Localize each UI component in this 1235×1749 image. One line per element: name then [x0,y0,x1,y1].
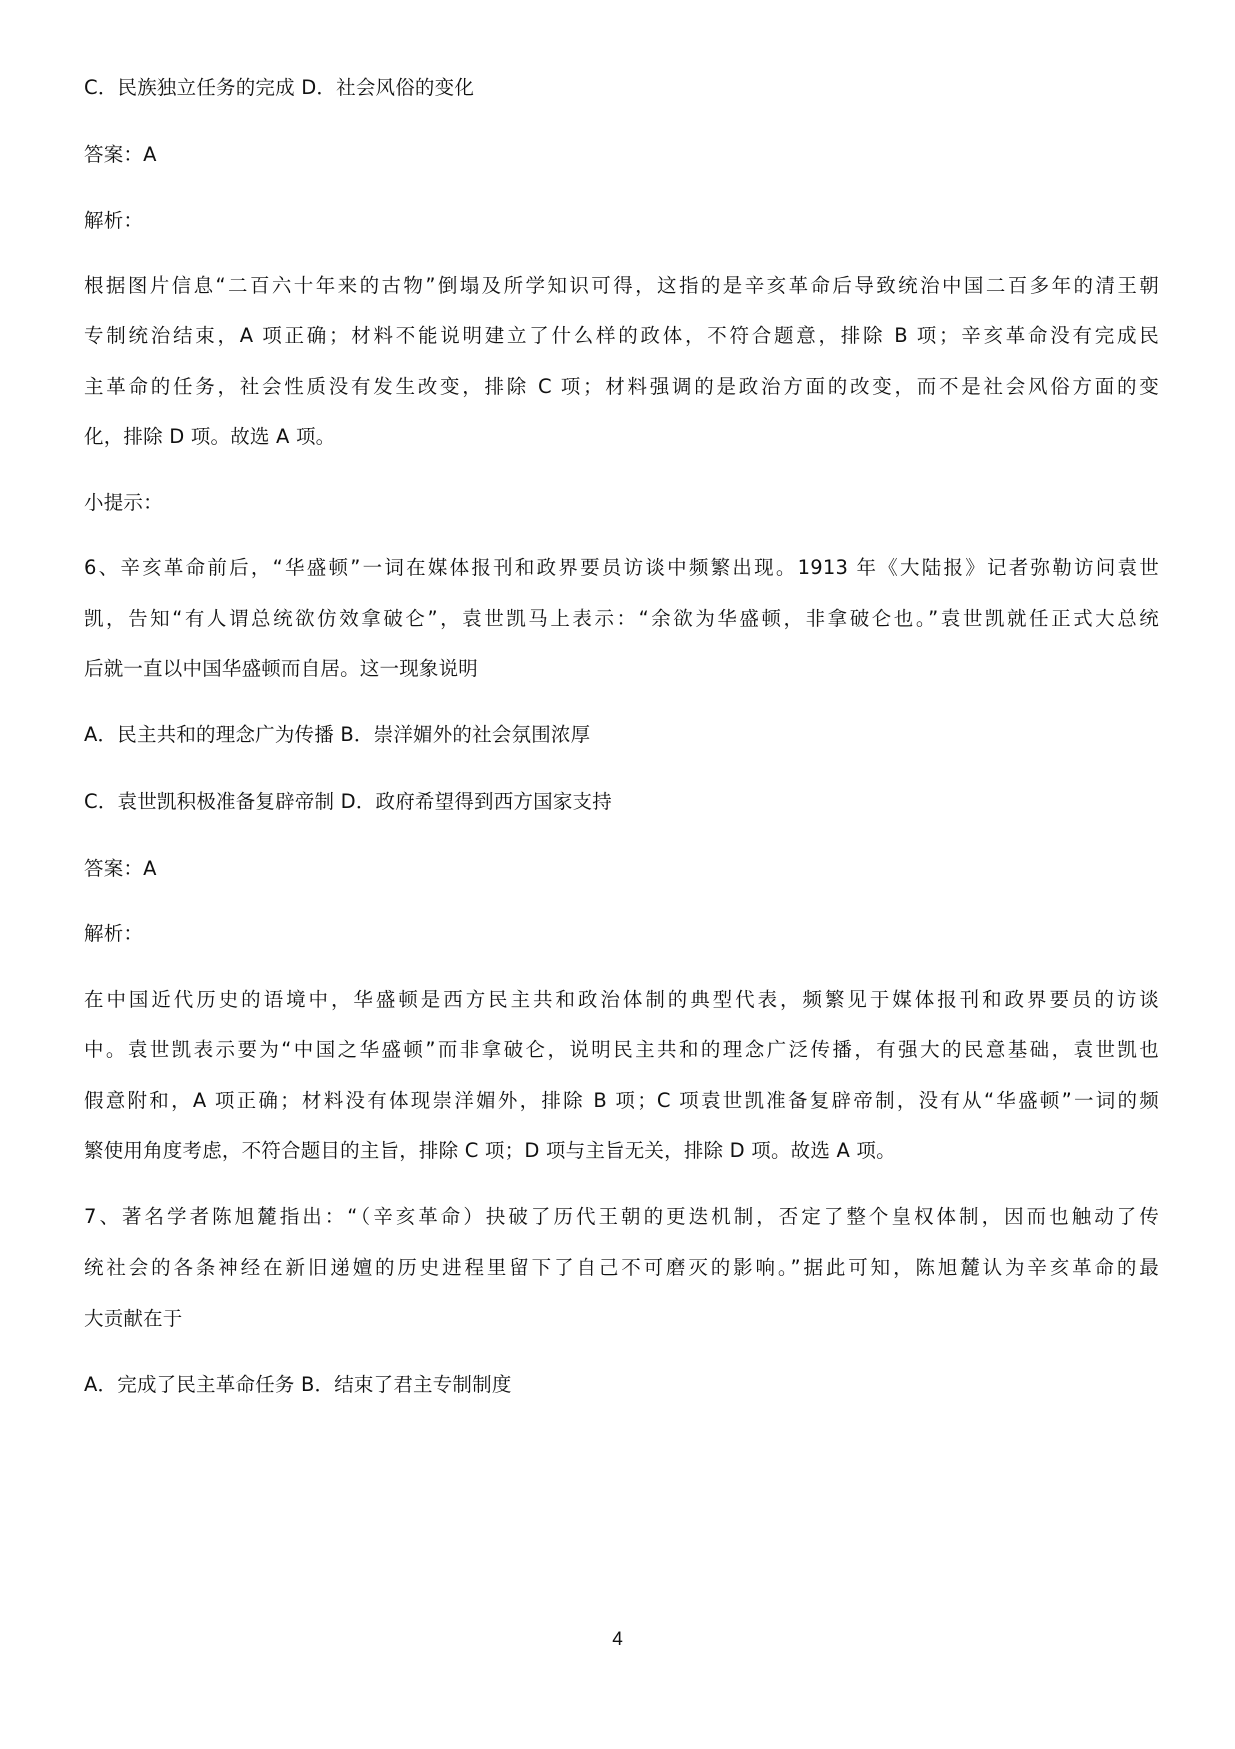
q6-stem-line: 凯，告知“有人谓总统欲仿效拿破仑”，袁世凯马上表示：“余欲为华盛顿，非拿破仑也。… [84,605,1159,633]
q6-options-ab: A．民主共和的理念广为传播 B．崇洋媚外的社会氛围浓厚 [84,721,590,749]
q6-stem-line: 后就一直以中国华盛顿而自居。这一现象说明 [84,655,1159,683]
q7-stem-line: 大贡献在于 [84,1305,1159,1333]
q5-tip-label: 小提示： [84,489,163,517]
page-number: 4 [0,1627,1235,1653]
q6-analysis-line: 在中国近代历史的语境中，华盛顿是西方民主共和政治体制的典型代表，频繁见于媒体报刊… [84,986,1159,1014]
q5-analysis-line: 化，排除 D 项。故选 A 项。 [84,423,1159,451]
q6-analysis-line: 假意附和，A 项正确；材料没有体现崇洋媚外，排除 B 项；C 项袁世凯准备复辟帝… [84,1087,1159,1115]
q6-analysis-line: 中。袁世凯表示要为“中国之华盛顿”而非拿破仑，说明民主共和的理念广泛传播，有强大… [84,1036,1159,1064]
q6-analysis-line: 繁使用角度考虑，不符合题目的主旨，排除 C 项；D 项与主旨无关，排除 D 项。… [84,1137,1159,1165]
q5-options-cd: C．民族独立任务的完成 D．社会风俗的变化 [84,74,474,102]
q7-options-ab: A．完成了民主革命任务 B．结束了君主专制制度 [84,1371,512,1399]
q5-analysis-label: 解析： [84,207,143,235]
q6-answer: 答案：A [84,855,157,883]
q7-stem-line: 统社会的各条神经在新旧递嬗的历史进程里留下了自己不可磨灭的影响。”据此可知，陈旭… [84,1254,1159,1282]
q5-analysis-line: 根据图片信息“二百六十年来的古物”倒塌及所学知识可得，这指的是辛亥革命后导致统治… [84,272,1159,300]
document-page: C．民族独立任务的完成 D．社会风俗的变化 答案：A 解析： 根据图片信息“二百… [0,0,1235,1749]
q6-options-cd: C．袁世凯积极准备复辟帝制 D．政府希望得到西方国家支持 [84,788,612,816]
q5-analysis-line: 主革命的任务，社会性质没有发生改变，排除 C 项；材料强调的是政治方面的改变，而… [84,373,1159,401]
q7-stem-line: 7、著名学者陈旭麓指出：“（辛亥革命）抉破了历代王朝的更迭机制，否定了整个皇权体… [84,1203,1159,1231]
q5-answer: 答案：A [84,141,157,169]
q5-analysis-line: 专制统治结束，A 项正确；材料不能说明建立了什么样的政体，不符合题意，排除 B … [84,322,1159,350]
q6-stem-line: 6、辛亥革命前后，“华盛顿”一词在媒体报刊和政界要员访谈中频繁出现。1913 年… [84,554,1159,582]
q6-analysis-label: 解析： [84,920,143,948]
